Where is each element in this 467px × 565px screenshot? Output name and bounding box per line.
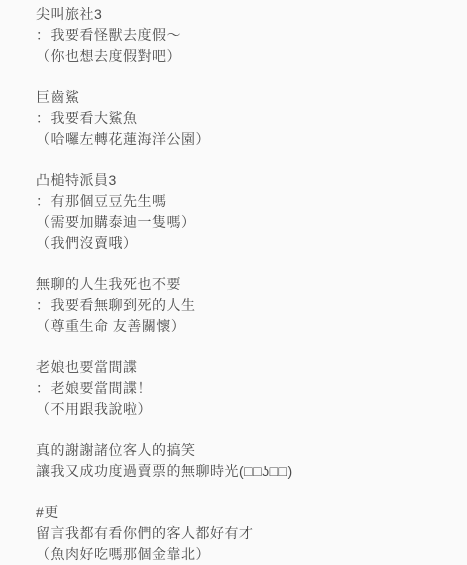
- closing-boredom-line: 讓我又成功度過賣票的無聊時光(□□ʖ□□): [36, 461, 443, 482]
- clerk-reply: （尊重生命 友善關懷）: [36, 316, 443, 337]
- customer-quote: ：我要看無聊到死的人生: [36, 295, 443, 316]
- clerk-reply: （不用跟我說啦）: [36, 399, 443, 420]
- closing-thanks-line: 真的謝謝諸位客人的搞笑: [36, 440, 443, 461]
- movie-entry: 尖叫旅社3 ：我要看怪獸去度假～ （你也想去度假對吧）: [36, 4, 443, 67]
- movie-title: 凸槌特派員3: [36, 170, 443, 191]
- movie-entry: 老娘也要當間諜 ：老娘要當間諜！ （不用跟我說啦）: [36, 357, 443, 420]
- movie-title: 老娘也要當間諜: [36, 357, 443, 378]
- movie-entry: 巨齒鯊 ：我要看大鯊魚 （哈囉左轉花蓮海洋公園）: [36, 87, 443, 150]
- hashtag-update: #更: [36, 502, 443, 523]
- customer-quote: ：有那個豆豆先生嗎: [36, 191, 443, 212]
- movie-title: 尖叫旅社3: [36, 4, 443, 25]
- movie-title: 無聊的人生我死也不要: [36, 274, 443, 295]
- movie-entry: 無聊的人生我死也不要 ：我要看無聊到死的人生 （尊重生命 友善關懷）: [36, 274, 443, 337]
- clerk-reply: （哈囉左轉花蓮海洋公園）: [36, 129, 443, 150]
- clerk-reply-2: （我們沒賣哦）: [36, 233, 443, 254]
- clerk-reply: （你也想去度假對吧）: [36, 46, 443, 67]
- closing-note: 真的謝謝諸位客人的搞笑 讓我又成功度過賣票的無聊時光(□□ʖ□□): [36, 440, 443, 482]
- comments-joke-line: （魚肉好吃嗎那個金靠北）: [36, 544, 443, 565]
- comments-note-line: 留言我都有看你們的客人都好有才: [36, 523, 443, 544]
- customer-quote: ：老娘要當間諜！: [36, 378, 443, 399]
- movie-title: 巨齒鯊: [36, 87, 443, 108]
- postscript: #更 留言我都有看你們的客人都好有才 （魚肉好吃嗎那個金靠北）: [36, 502, 443, 565]
- clerk-reply: （需要加購泰迪一隻嗎）: [36, 212, 443, 233]
- movie-entry: 凸槌特派員3 ：有那個豆豆先生嗎 （需要加購泰迪一隻嗎） （我們沒賣哦）: [36, 170, 443, 254]
- customer-quote: ：我要看大鯊魚: [36, 108, 443, 129]
- customer-quote: ：我要看怪獸去度假～: [36, 25, 443, 46]
- post-body: 尖叫旅社3 ：我要看怪獸去度假～ （你也想去度假對吧） 巨齒鯊 ：我要看大鯊魚 …: [0, 0, 467, 565]
